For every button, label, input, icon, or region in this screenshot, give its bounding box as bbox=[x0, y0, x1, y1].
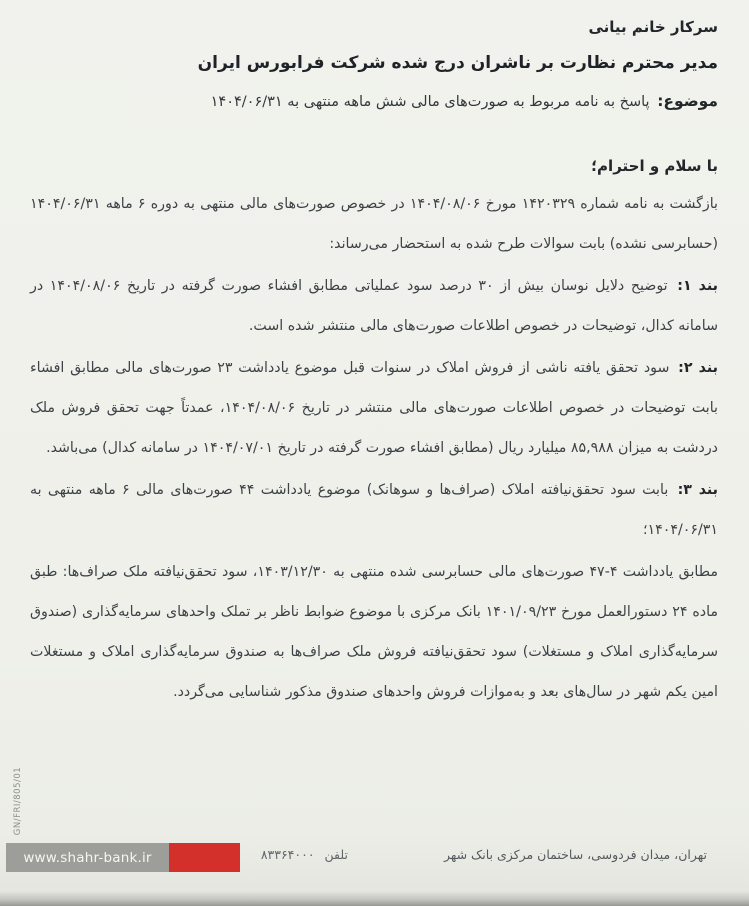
phone-number: ۸۳۳۶۴۰۰۰ bbox=[261, 847, 315, 862]
subject-text: پاسخ به نامه مربوط به صورت‌های مالی شش م… bbox=[211, 94, 650, 110]
scan-bottom-shadow bbox=[0, 891, 749, 906]
website-url: www.shahr-bank.ir bbox=[23, 850, 151, 866]
clause-3-text: بابت سود تحقق‌نیافته املاک (صراف‌ها و سو… bbox=[30, 482, 718, 538]
clause-1-label: بند ۱: bbox=[677, 278, 718, 294]
clause-1-text: توضیح دلایل نوسان بیش از ۳۰ درصد سود عمل… bbox=[30, 278, 718, 334]
scanned-letter-page: سرکار خانم بیانی مدیر محترم نظارت بر ناش… bbox=[0, 0, 749, 906]
clause-2-text: سود تحقق یافته ناشی از فروش املاک در سنو… bbox=[30, 360, 718, 456]
clause-3: بند ۳: بابت سود تحقق‌نیافته املاک (صراف‌… bbox=[30, 470, 718, 550]
clause-3-label: بند ۳: bbox=[678, 482, 718, 498]
red-accent-bar bbox=[169, 843, 240, 872]
phone-label: تلفن bbox=[325, 847, 348, 862]
letter-content: سرکار خانم بیانی مدیر محترم نظارت بر ناش… bbox=[30, 10, 718, 714]
closing-paragraph: مطابق یادداشت ۴-۴۷ صورت‌های مالی حسابرسی… bbox=[30, 552, 718, 712]
footer-address: تهران، میدان فردوسی، ساختمان مرکزی بانک … bbox=[444, 847, 707, 862]
subject-label: موضوع: bbox=[657, 92, 718, 110]
intro-paragraph: بازگشت به نامه شماره ۱۴۲۰۳۲۹ مورخ ۱۴۰۴/۰… bbox=[30, 184, 718, 264]
form-code-vertical-label: GN/FRI/805/01 bbox=[13, 759, 23, 843]
recipient-title: مدیر محترم نظارت بر ناشران درج شده شرکت … bbox=[30, 44, 718, 82]
recipient-name: سرکار خانم بیانی bbox=[30, 10, 718, 44]
subject-line: موضوع: پاسخ به نامه مربوط به صورت‌های ما… bbox=[30, 82, 718, 121]
clause-2-label: بند ۲: bbox=[678, 360, 718, 376]
clause-2: بند ۲: سود تحقق یافته ناشی از فروش املاک… bbox=[30, 348, 718, 468]
website-bar: www.shahr-bank.ir bbox=[6, 843, 169, 872]
footer-phone: تلفن ۸۳۳۶۴۰۰۰ bbox=[248, 847, 348, 862]
salutation: با سلام و احترام؛ bbox=[30, 148, 718, 184]
clause-1: بند ۱: توضیح دلایل نوسان بیش از ۳۰ درصد … bbox=[30, 266, 718, 346]
